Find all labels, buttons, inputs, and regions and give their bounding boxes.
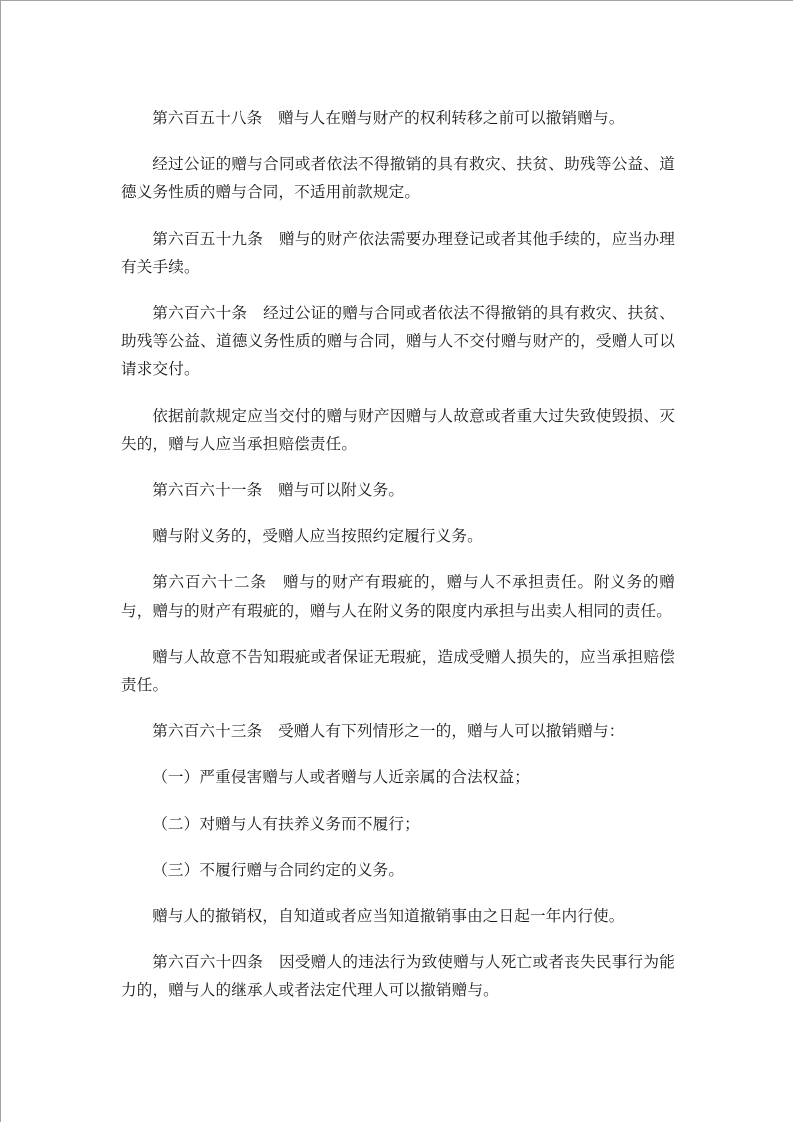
paragraph-text: （一）严重侵害赠与人或者赠与人近亲属的合法权益；	[152, 768, 530, 786]
list-item: （二）对赠与人有扶养义务而不履行；	[121, 810, 675, 838]
paragraph: 赠与人的撤销权，自知道或者应当知道撤销事由之日起一年内行使。	[121, 902, 675, 930]
paragraph-text: 赠与附义务的，受赠人应当按照约定履行义务。	[152, 527, 483, 545]
paragraph-text: 受赠人有下列情形之一的，赠与人可以撤销赠与：	[278, 722, 624, 740]
paragraph-text: 依据前款规定应当交付的赠与财产因赠与人故意或者重大过失致使毁损、灭失的，赠与人应…	[121, 407, 675, 453]
article-separator	[262, 722, 278, 740]
paragraph-art-660: 第六百六十条 经过公证的赠与合同或者依法不得撤销的具有救灾、扶贫、助残等公益、道…	[121, 299, 675, 384]
article-separator	[263, 953, 279, 971]
paragraph: 赠与附义务的，受赠人应当按照约定履行义务。	[121, 522, 675, 550]
article-number: 第六百六十二条	[152, 573, 267, 591]
article-number: 第六百六十条	[152, 304, 247, 322]
paragraph-text: 赠与可以附义务。	[278, 481, 404, 499]
paragraph: 赠与人故意不告知瑕疵或者保证无瑕疵，造成受赠人损失的，应当承担赔偿责任。	[121, 643, 675, 699]
paragraph-art-658: 第六百五十八条 赠与人在赠与财产的权利转移之前可以撤销赠与。	[121, 104, 675, 132]
list-item: （一）严重侵害赠与人或者赠与人近亲属的合法权益；	[121, 763, 675, 791]
paragraph-art-659: 第六百五十九条 赠与的财产依法需要办理登记或者其他手续的，应当办理有关手续。	[121, 225, 675, 281]
paragraph-text: （二）对赠与人有扶养义务而不履行；	[152, 815, 420, 833]
article-separator	[262, 109, 278, 127]
article-number: 第六百六十三条	[152, 722, 262, 740]
document-page: 第六百五十八条 赠与人在赠与财产的权利转移之前可以撤销赠与。 经过公证的赠与合同…	[0, 0, 793, 1122]
article-separator	[247, 304, 263, 322]
paragraph-art-661: 第六百六十一条 赠与可以附义务。	[121, 476, 675, 504]
article-number: 第六百六十一条	[152, 481, 262, 499]
paragraph-art-662: 第六百六十二条 赠与的财产有瑕疵的，赠与人不承担责任。附义务的赠与，赠与的财产有…	[121, 568, 675, 624]
paragraph-text: 赠与人故意不告知瑕疵或者保证无瑕疵，造成受赠人损失的，应当承担赔偿责任。	[121, 648, 675, 694]
article-separator	[267, 573, 283, 591]
paragraph-text: （三）不履行赠与合同约定的义务。	[152, 861, 404, 879]
document-body: 第六百五十八条 赠与人在赠与财产的权利转移之前可以撤销赠与。 经过公证的赠与合同…	[121, 104, 675, 1023]
paragraph-text: 经过公证的赠与合同或者依法不得撤销的具有救灾、扶贫、助残等公益、道德义务性质的赠…	[121, 155, 675, 201]
paragraph: 经过公证的赠与合同或者依法不得撤销的具有救灾、扶贫、助残等公益、道德义务性质的赠…	[121, 150, 675, 206]
article-number: 第六百六十四条	[152, 953, 263, 971]
paragraph-art-664: 第六百六十四条 因受赠人的违法行为致使赠与人死亡或者丧失民事行为能力的，赠与人的…	[121, 948, 675, 1004]
article-number: 第六百五十九条	[152, 230, 263, 248]
article-separator	[262, 481, 278, 499]
article-number: 第六百五十八条	[152, 109, 262, 127]
paragraph-art-663: 第六百六十三条 受赠人有下列情形之一的，赠与人可以撤销赠与：	[121, 717, 675, 745]
list-item: （三）不履行赠与合同约定的义务。	[121, 856, 675, 884]
paragraph-text: 赠与人在赠与财产的权利转移之前可以撤销赠与。	[278, 109, 624, 127]
paragraph: 依据前款规定应当交付的赠与财产因赠与人故意或者重大过失致使毁损、灭失的，赠与人应…	[121, 402, 675, 458]
article-separator	[263, 230, 279, 248]
paragraph-text: 赠与人的撤销权，自知道或者应当知道撤销事由之日起一年内行使。	[152, 907, 624, 925]
